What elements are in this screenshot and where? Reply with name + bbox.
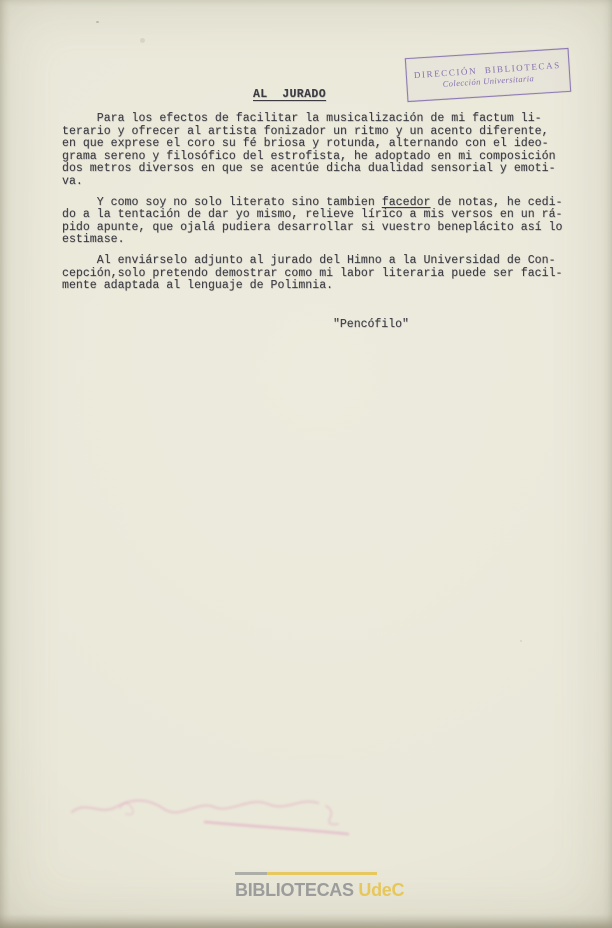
watermark-rule-gray-segment (235, 872, 267, 875)
paper-speck (96, 21, 99, 23)
paragraph-2: Y como soy no solo literato sino tambien… (62, 197, 567, 247)
watermark-udec: UdeC (358, 880, 404, 900)
text-line: estimase. (62, 234, 567, 247)
text-line: dos metros diversos en que se acentúe di… (62, 163, 567, 176)
paper-speck (140, 38, 145, 43)
document-body: Para los efectos de facilitar la musical… (62, 113, 567, 301)
text-line: Para los efectos de facilitar la musical… (62, 113, 567, 126)
signature-pseudonym: "Pencófilo" (333, 318, 409, 331)
text-line: do a la tentación de dar yo mismo, relie… (62, 209, 567, 222)
text-line: mente adaptada al lenguaje de Polimnia. (62, 280, 567, 293)
scanned-document-page: DIRECCIÓN BIBLIOTECAS Colección Universi… (0, 0, 612, 928)
paper-speck (520, 640, 522, 642)
watermark-text: BIBLIOTECAS UdeC (235, 881, 404, 899)
watermark-rule-gold-segment (267, 872, 377, 875)
text-line: en que exprese el coro su fé briosa y ro… (62, 138, 567, 151)
watermark-rule (235, 872, 377, 875)
document-title: AL JURADO (253, 88, 326, 101)
paragraph-3: Al enviárselo adjunto al jurado del Himn… (62, 255, 567, 293)
text-line: Al enviárselo adjunto al jurado del Himn… (62, 255, 567, 268)
text-line: pido apunte, que ojalá pudiera desarroll… (62, 222, 567, 235)
library-watermark: BIBLIOTECAS UdeC (235, 872, 404, 899)
text-line: va. (62, 176, 567, 189)
watermark-bibliotecas: BIBLIOTECAS (235, 880, 354, 900)
library-stamp: DIRECCIÓN BIBLIOTECAS Colección Universi… (405, 48, 571, 102)
paragraph-1: Para los efectos de facilitar la musical… (62, 113, 567, 189)
